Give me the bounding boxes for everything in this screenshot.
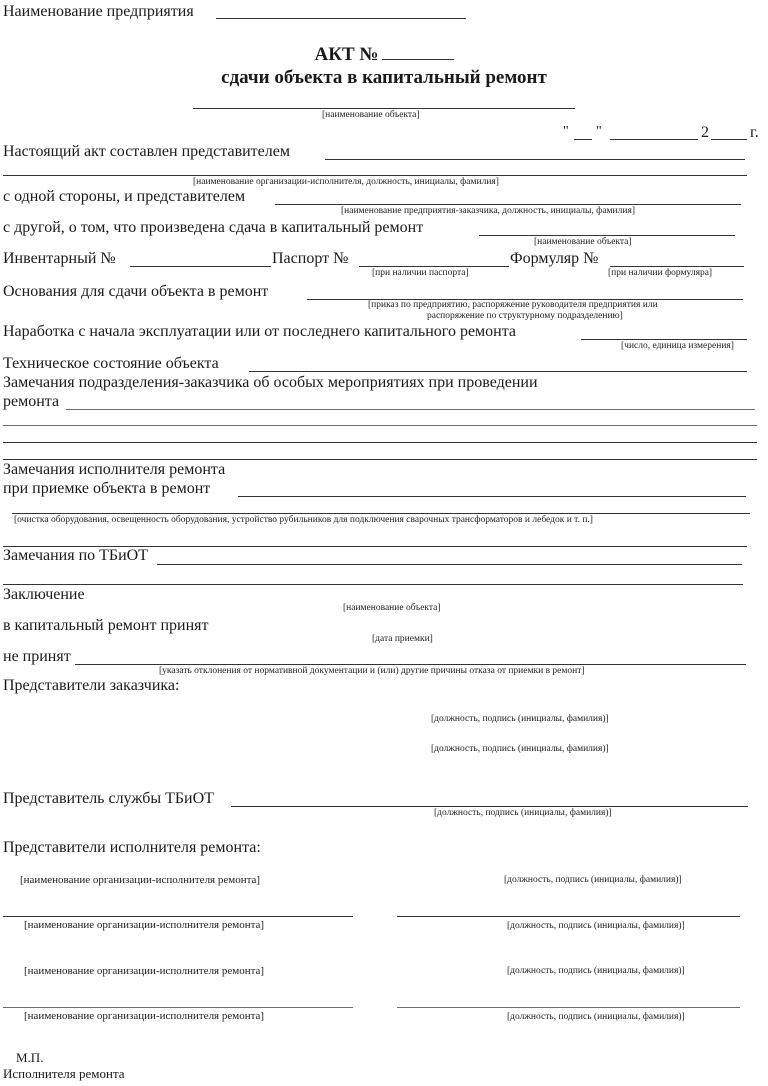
grounds-label: Основания для сдачи объекта в ремонт <box>3 283 268 301</box>
inventory-label: Инвентарный № <box>3 250 116 268</box>
tech-state-label: Техническое состояние объекта <box>3 355 219 373</box>
safety-rep-field[interactable] <box>231 806 748 807</box>
act-number-label: АКТ № <box>314 44 378 65</box>
stamp-label: М.П. <box>16 1050 43 1065</box>
date-quote-open: " <box>563 123 569 141</box>
customer-remarks-field[interactable] <box>66 409 755 410</box>
customer-rep-field[interactable] <box>275 204 741 205</box>
grounds-hint-2: распоряжение по структурному подразделен… <box>427 311 623 322</box>
object-name-hint: [наименование объекта] <box>322 110 420 121</box>
contractor-sig-hint-2: [должность, подпись (инициалы, фамилия)] <box>507 921 685 932</box>
contractor-org-hint-4: [наименование организации-исполнителя ре… <box>24 1010 264 1023</box>
formular-hint: [при наличии формуляра] <box>608 268 712 279</box>
accepted-hint: [дата приемки] <box>372 634 433 645</box>
contractor-org-hint-2: [наименование организации-исполнителя ре… <box>24 919 264 932</box>
formular-label: Формуляр № <box>510 250 598 268</box>
safety-remarks-field[interactable] <box>157 564 742 565</box>
composed-by-label: Настоящий акт составлен представителем <box>3 143 290 161</box>
contractor-remarks-hint: [очистка оборудования, освещенность обор… <box>14 515 593 526</box>
conclusion-hint: [наименование объекта] <box>343 603 441 614</box>
passport-label: Паспорт № <box>272 250 348 268</box>
accepted-label: в капитальный ремонт принят <box>3 617 209 635</box>
enterprise-field[interactable] <box>216 18 466 19</box>
act-title: АКТ № <box>0 44 768 66</box>
customer-rep-hint: [наименование предприятия-заказчика, дол… <box>341 206 635 217</box>
composed-by-field-2[interactable] <box>3 175 747 176</box>
contractor-sig-hint-3: [должность, подпись (инициалы, фамилия)] <box>507 966 685 977</box>
passport-field[interactable] <box>359 266 509 267</box>
date-quote-close: " <box>596 123 602 141</box>
contractor-sig-hint-1: [должность, подпись (инициалы, фамилия)] <box>504 875 682 886</box>
date-year-prefix: 2 <box>701 124 709 142</box>
safety-remarks-field-2[interactable] <box>3 584 743 585</box>
customer-sig-hint-1: [должность, подпись (инициалы, фамилия)] <box>431 714 609 725</box>
grounds-hint-1: [приказ по предприятию, распоряжение рук… <box>368 300 658 311</box>
runtime-label: Наработка с начала эксплуатации или от п… <box>3 323 516 341</box>
not-accepted-field[interactable] <box>75 664 746 665</box>
other-side-label: с другой, о том, что произведена сдача в… <box>3 219 423 237</box>
contractor-org-field-2[interactable] <box>3 916 353 917</box>
not-accepted-label: не принят <box>3 648 71 666</box>
inventory-field[interactable] <box>130 266 271 267</box>
safety-rep-hint: [должность, подпись (инициалы, фамилия)] <box>434 808 612 819</box>
runtime-field[interactable] <box>581 339 747 340</box>
customer-reps-label: Представители заказчика: <box>3 677 179 695</box>
customer-remarks-field-3[interactable] <box>3 442 757 443</box>
contractor-remarks-field[interactable] <box>238 496 746 497</box>
composed-by-field[interactable] <box>325 159 745 160</box>
date-month-field[interactable] <box>610 139 698 140</box>
contractor-reps-label: Представители исполнителя ремонта: <box>3 839 261 857</box>
stamp-owner: Исполнителя ремонта <box>3 1066 125 1081</box>
customer-sig-hint-2: [должность, подпись (инициалы, фамилия)] <box>431 744 609 755</box>
date-year-suffix: г. <box>750 124 759 142</box>
repair-object-field[interactable] <box>479 235 735 236</box>
act-number-field[interactable] <box>382 45 454 60</box>
safety-remarks-label: Замечания по ТБиОТ <box>3 547 148 565</box>
contractor-org-field-4[interactable] <box>3 1007 353 1008</box>
customer-remarks-label-1: Замечания подразделения-заказчика об осо… <box>3 374 538 392</box>
tech-state-field[interactable] <box>249 371 747 372</box>
contractor-remarks-label-1: Замечания исполнителя ремонта <box>3 461 225 479</box>
safety-rep-label: Представитель службы ТБиОТ <box>3 790 214 808</box>
passport-hint: [при наличии паспорта] <box>372 268 469 279</box>
contractor-remarks-field-2[interactable] <box>12 513 750 514</box>
repair-object-hint: [наименование объекта] <box>534 237 632 248</box>
contractor-sig-hint-4: [должность, подпись (инициалы, фамилия)] <box>507 1012 685 1023</box>
composed-by-hint: [наименование организации-исполнителя, д… <box>193 177 499 188</box>
contractor-org-hint-3: [наименование организации-исполнителя ре… <box>24 965 264 978</box>
not-accepted-hint: [указать отклонения от нормативной докум… <box>159 666 585 677</box>
customer-remarks-field-4[interactable] <box>3 459 757 460</box>
contractor-sig-field-2[interactable] <box>397 916 740 917</box>
object-name-field[interactable] <box>193 108 575 109</box>
customer-remarks-label-2: ремонта <box>3 393 59 411</box>
formular-field[interactable] <box>610 266 744 267</box>
contractor-remarks-label-2: при приемке объекта в ремонт <box>3 480 210 498</box>
contractor-org-hint-1: [наименование организации-исполнителя ре… <box>20 874 260 887</box>
runtime-hint: [число, единица измерения] <box>621 341 734 352</box>
customer-remarks-field-2[interactable] <box>3 425 757 426</box>
act-subtitle: сдачи объекта в капитальный ремонт <box>0 67 768 89</box>
conclusion-label: Заключение <box>3 586 85 604</box>
date-day-field[interactable] <box>574 139 592 140</box>
date-year-field[interactable] <box>711 139 747 140</box>
enterprise-label: Наименование предприятия <box>3 3 194 21</box>
one-side-label: с одной стороны, и представителем <box>3 188 245 206</box>
contractor-sig-field-4[interactable] <box>397 1007 740 1008</box>
